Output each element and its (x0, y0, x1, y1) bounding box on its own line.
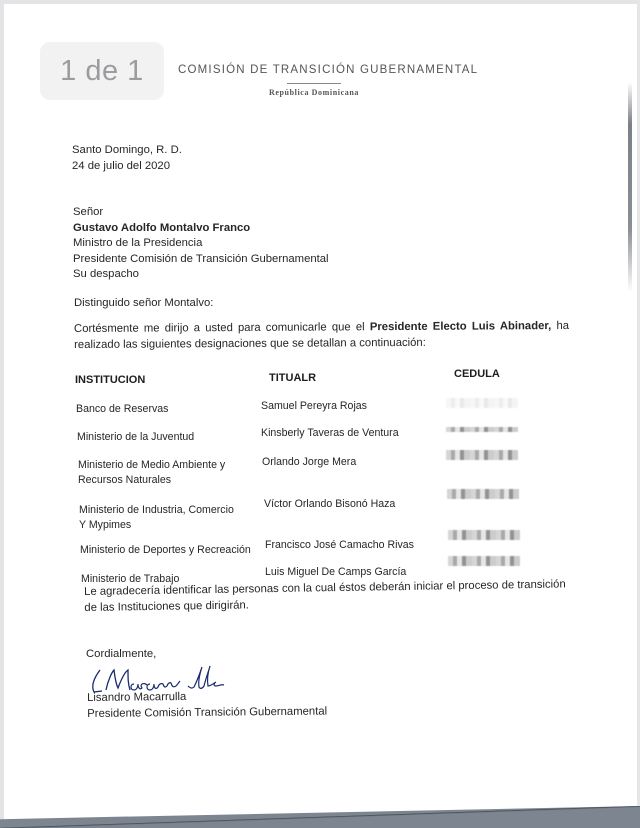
intro-paragraph: Cortésmente me dirijo a usted para comun… (74, 319, 569, 353)
header-holder: TITUALR (269, 372, 316, 384)
row-holder: Luis Miguel De Camps García (265, 565, 406, 580)
row-id-redacted (446, 450, 518, 460)
letterhead-subtitle: República Dominicana (178, 88, 450, 97)
greeting: Distinguido señor Montalvo: (74, 296, 213, 312)
signer-block: Lisandro Macarrulla Presidente Comisión … (87, 688, 327, 722)
recipient-position-2: Presidente Comisión de Transición Gubern… (73, 252, 329, 268)
recipient-position-1: Ministro de la Presidencia (73, 236, 329, 252)
page-bottom-edge (0, 806, 640, 828)
place-date-block: Santo Domingo, R. D. 24 de julio del 202… (72, 143, 182, 174)
date: 24 de julio del 2020 (72, 159, 182, 175)
row-institution: Ministerio de Medio Ambiente y Recursos … (78, 458, 248, 488)
row-holder: Orlando Jorge Mera (262, 455, 356, 470)
recipient-block: Señor Gustavo Adolfo Montalvo Franco Min… (73, 205, 329, 283)
recipient-name: Gustavo Adolfo Montalvo Franco (73, 221, 329, 237)
row-id-redacted (448, 530, 520, 540)
intro-president: Presidente Electo Luis Abinader, (370, 320, 552, 333)
row-institution: Ministerio de la Juventud (77, 430, 194, 445)
row-institution: Ministerio de Industria, Comercio Y Mypi… (79, 503, 239, 533)
letterhead-title: COMISIÓN DE TRANSICIÓN GUBERNAMENTAL (178, 64, 450, 76)
page-indicator: 1 de 1 (40, 42, 164, 100)
row-institution: Ministerio de Deportes y Recreación (80, 543, 251, 558)
intro-text-1: Cortésmente me dirijo a usted para comun… (74, 321, 370, 335)
row-id-redacted (447, 489, 519, 499)
header-id: CEDULA (454, 368, 500, 380)
letterhead: COMISIÓN DE TRANSICIÓN GUBERNAMENTAL Rep… (178, 64, 450, 97)
page-curl-shadow (628, 82, 632, 292)
row-holder: Samuel Pereyra Rojas (261, 399, 367, 414)
place: Santo Domingo, R. D. (72, 143, 182, 159)
row-holder: Kinsberly Taveras de Ventura (261, 426, 399, 441)
letterhead-divider (287, 83, 341, 84)
row-holder: Francisco José Camacho Rivas (265, 538, 414, 553)
row-id-redacted (448, 556, 520, 566)
signer-title: Presidente Comisión Transición Gubername… (87, 704, 327, 722)
recipient-salutation: Señor (73, 205, 329, 221)
header-institution: INSTITUCION (75, 374, 145, 386)
recipient-delivery: Su despacho (73, 267, 329, 283)
row-holder: Víctor Orlando Bisonó Haza (264, 497, 395, 512)
row-id-redacted (446, 398, 518, 408)
row-id-redacted (446, 427, 518, 432)
row-institution: Banco de Reservas (76, 402, 168, 417)
